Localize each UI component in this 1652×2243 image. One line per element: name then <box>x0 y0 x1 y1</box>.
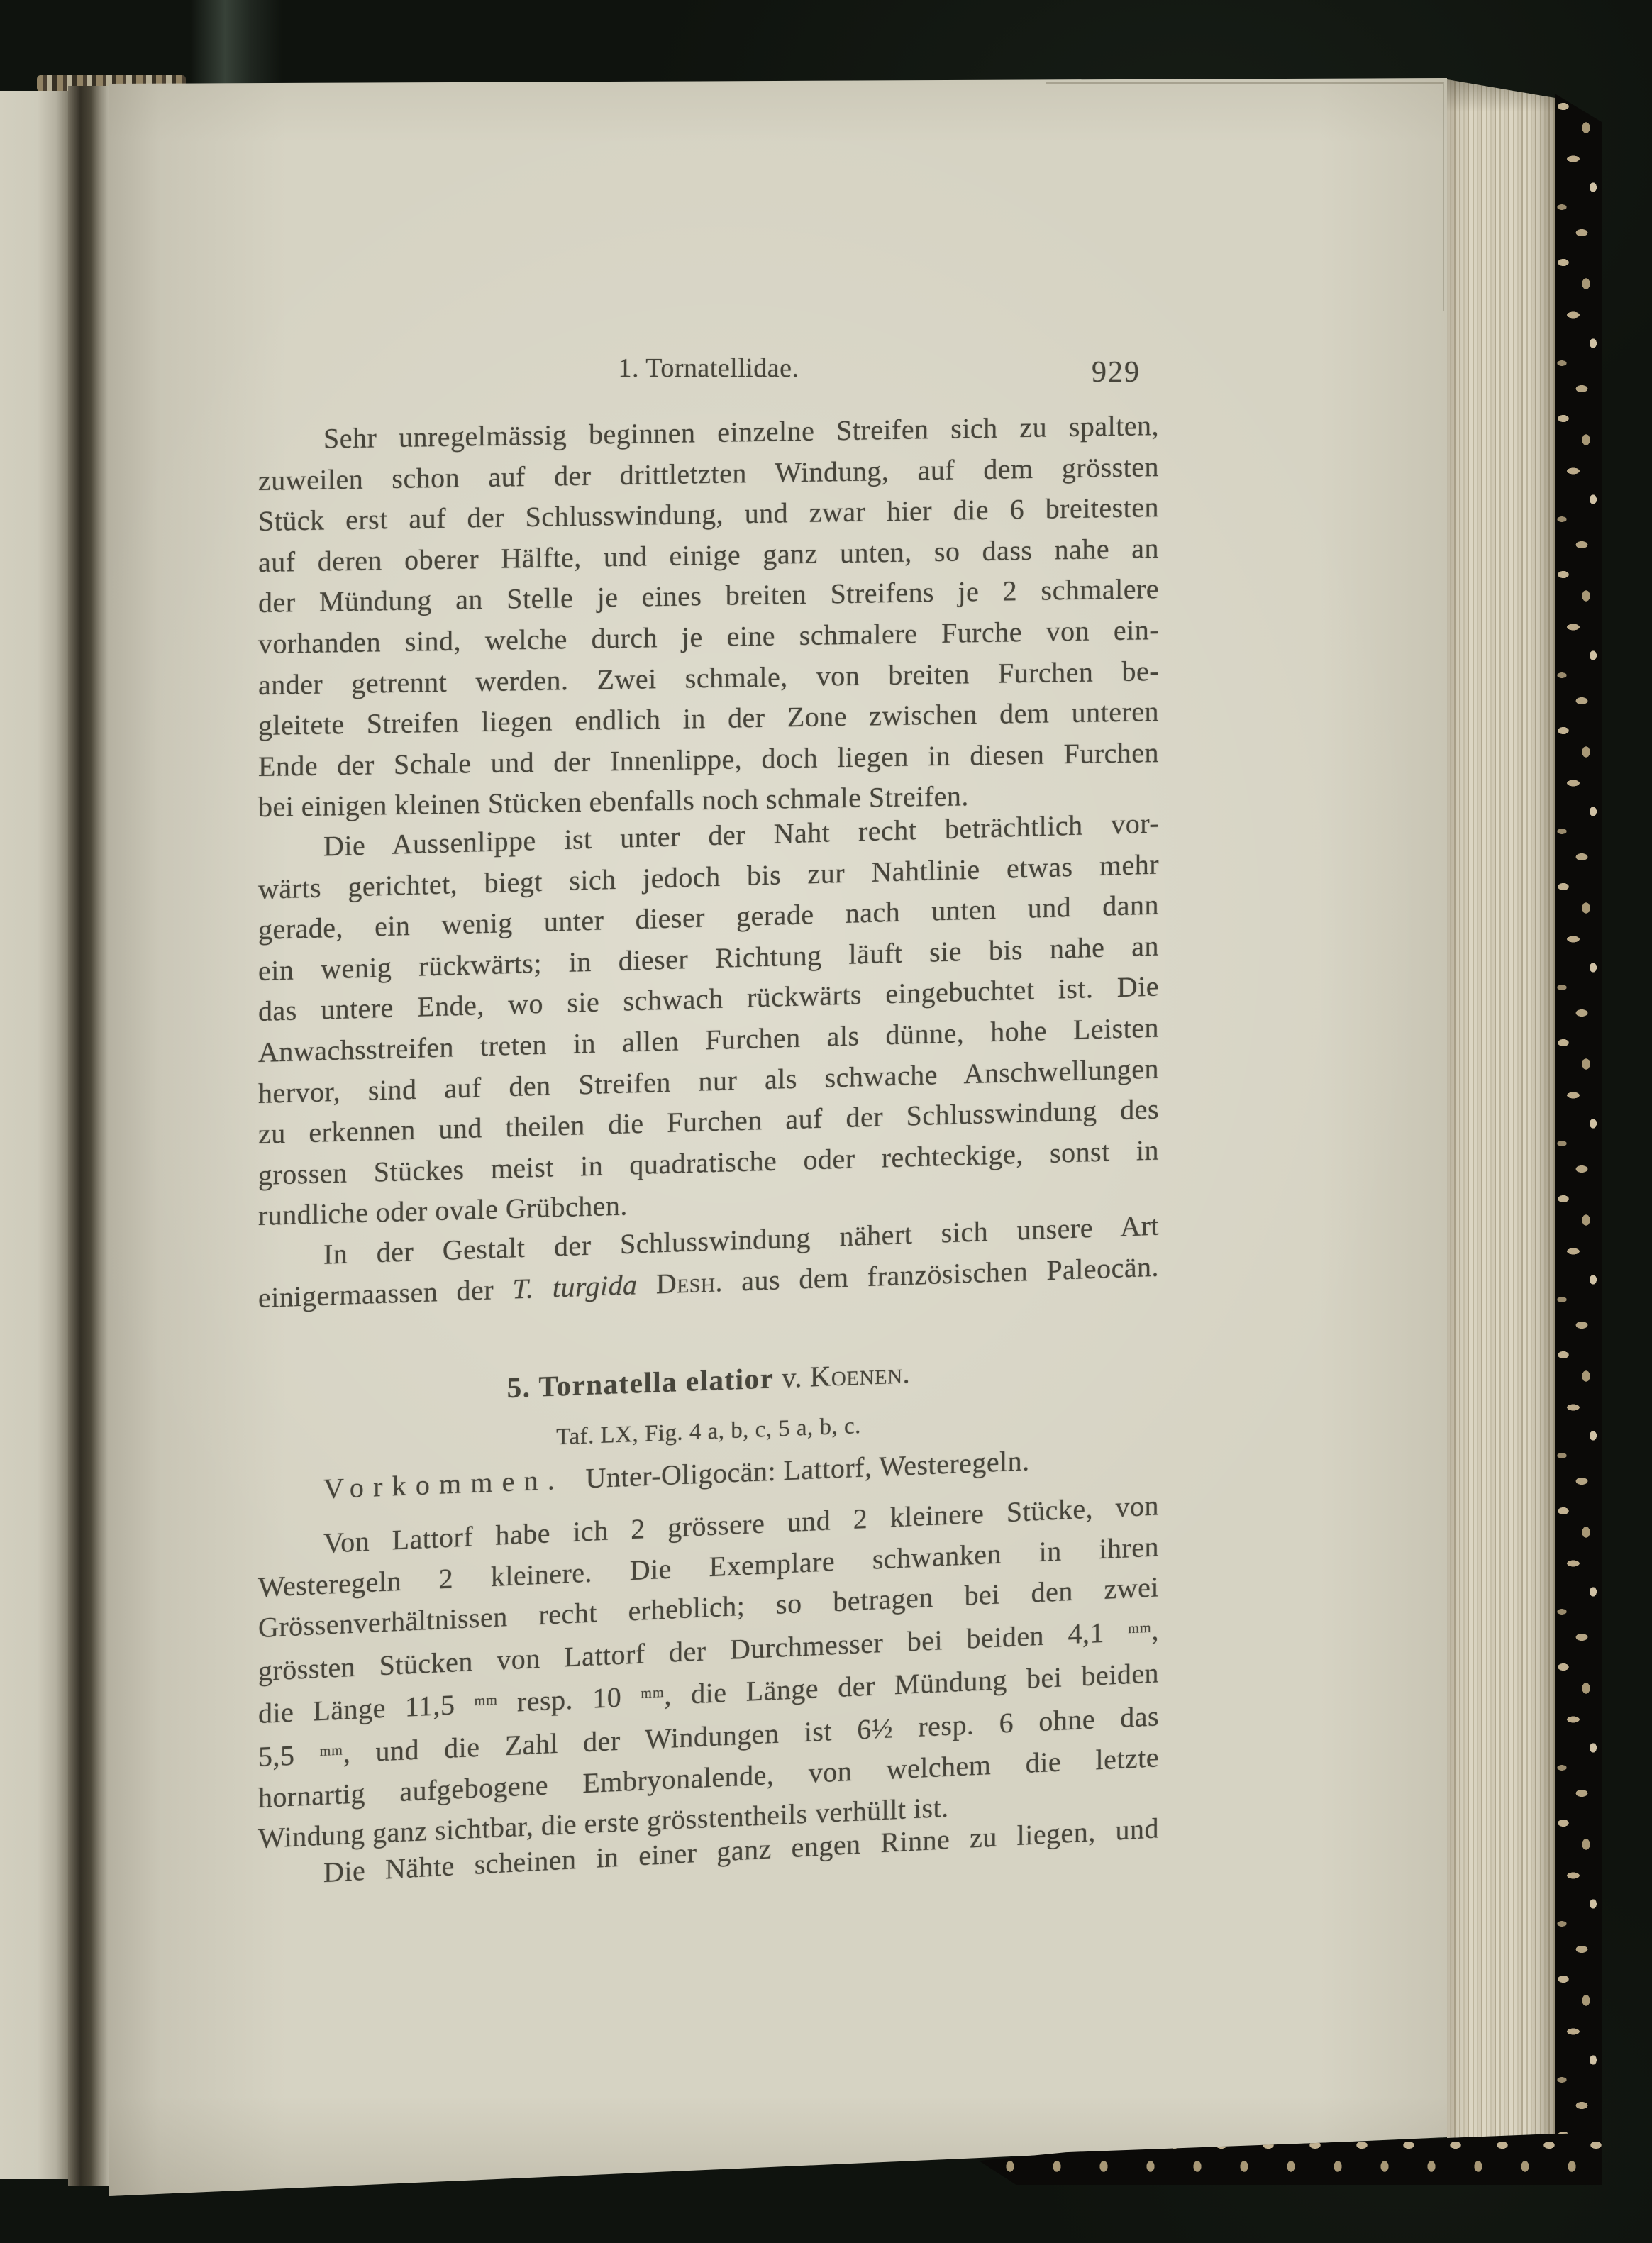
gutter-shadow <box>68 86 109 2186</box>
book-page: 1. Tornatellidae. 929 Sehr unregelmässig… <box>109 78 1447 2203</box>
book-photograph: 1. Tornatellidae. 929 Sehr unregelmässig… <box>0 0 1652 2243</box>
text-segment: 5,5 <box>258 1739 294 1773</box>
occurrence-text: Unter-Oligocän: Lattorf, Westeregeln. <box>586 1444 1030 1494</box>
paragraph-2: Die Aussenlippe ist unter der Naht recht… <box>258 802 1159 1236</box>
paragraph-5: Von Lattorf habe ich 2 grössere und 2 kl… <box>258 1485 1159 1859</box>
page-number: 929 <box>1092 353 1141 394</box>
species-heading-connector: v. <box>782 1361 802 1394</box>
species-heading-name: 5. Tornatella elatior <box>507 1361 775 1404</box>
facing-page-edge <box>0 91 68 2179</box>
unit-superscript: mm <box>320 1743 343 1760</box>
text-segment: die Länge 11,5 <box>258 1689 455 1730</box>
marbled-edge-strip <box>1555 94 1602 2185</box>
text-block: 1. Tornatellidae. 929 Sehr unregelmässig… <box>258 78 1159 1896</box>
species-name-italic: T. turgida <box>512 1268 637 1305</box>
author-small-caps: Desh. <box>656 1266 723 1300</box>
running-header-title: 1. Tornatellidae. <box>258 348 1159 389</box>
text-segment: einigermaassen der <box>258 1273 494 1314</box>
spine-highlight <box>190 0 282 92</box>
species-heading-author: Koenen. <box>810 1356 910 1392</box>
fore-edge-pages <box>1447 79 1555 2158</box>
unit-superscript: mm <box>475 1693 498 1710</box>
unit-superscript: mm <box>1128 1620 1151 1637</box>
paragraph-1: Sehr unregelmässig beginnen einzelne Str… <box>258 405 1159 828</box>
unit-superscript: mm <box>641 1685 664 1702</box>
occurrence-label: Vorkommen. <box>323 1463 564 1505</box>
running-header: 1. Tornatellidae. 929 <box>258 348 1159 389</box>
text-segment: , <box>1152 1614 1159 1646</box>
text-segment: resp. 10 <box>517 1681 621 1718</box>
